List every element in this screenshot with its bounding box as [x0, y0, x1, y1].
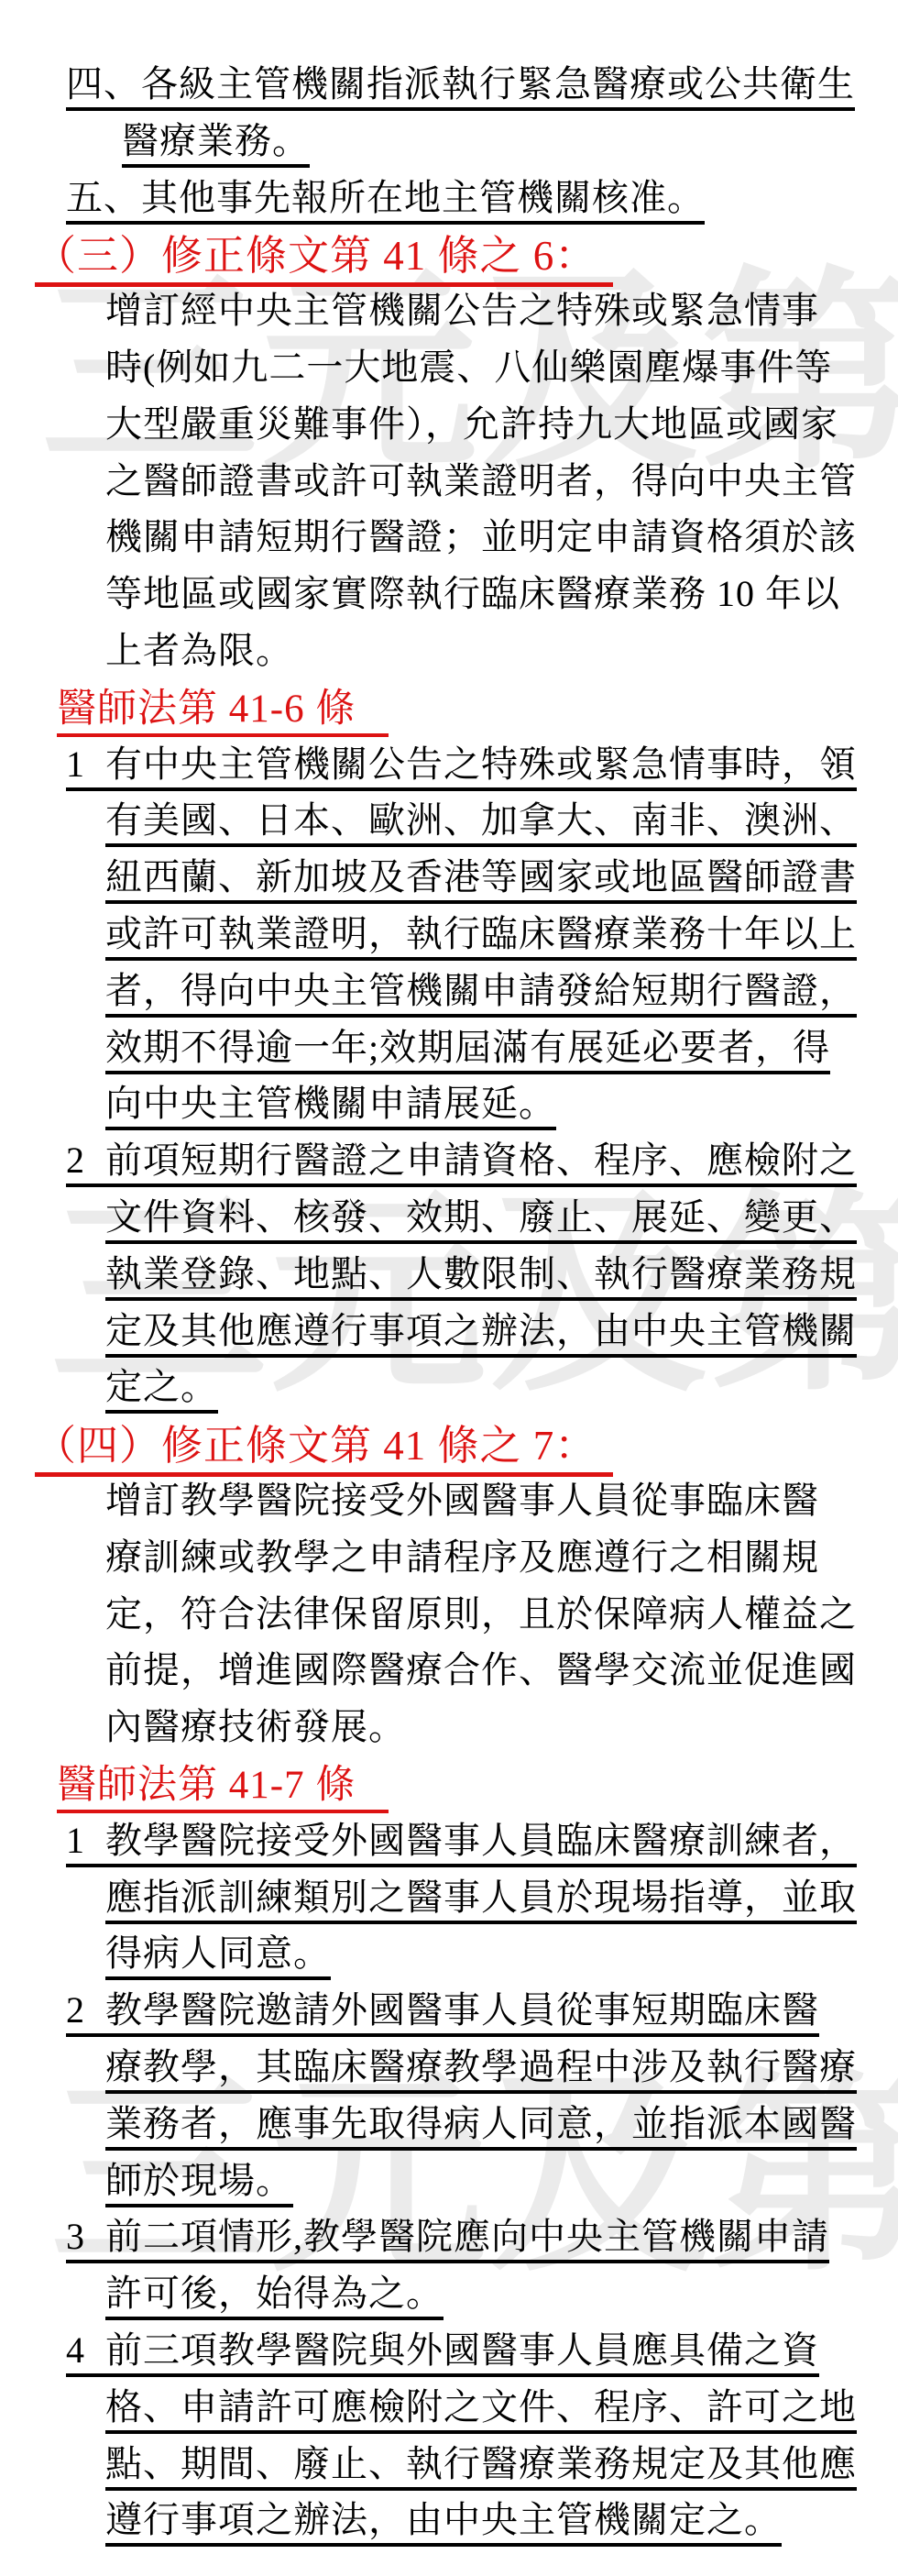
line-text: （三）修正條文第 41 條之 6： — [35, 233, 597, 279]
clause-continuation-line: 者，得向中央主管機關申請發給短期行醫證， — [105, 971, 857, 1018]
clause-number: 4 — [66, 2330, 105, 2371]
article-heading: 醫師法第 41-6 條 — [57, 688, 389, 737]
section-heading: （三）修正條文第 41 條之 6： — [35, 234, 613, 287]
line-text: 療教學，其臨床醫療教學過程中涉及執行醫療 — [105, 2046, 857, 2087]
clause-continuation-line: 許可後，始得為之。 — [105, 2273, 444, 2320]
clause-continuation-line: 有美國、日本、歐洲、加拿大、南非、澳洲、 — [105, 800, 857, 847]
line-text: 療訓練或教學之申請程序及應遵行之相關規 — [105, 1536, 819, 1578]
paragraph-line: 等地區或國家實際執行臨床醫療業務 10 年以 — [105, 574, 840, 614]
line-text: （四）修正條文第 41 條之 7： — [35, 1423, 597, 1469]
clause-line: 1教學醫院接受外國醫事人員臨床醫療訓練者， — [66, 1821, 857, 1867]
clause-continuation-line: 定及其他應遵行事項之辦法，由中央主管機關 — [105, 1311, 857, 1358]
line-text: 格、申請許可應檢附之文件、程序、許可之地 — [105, 2386, 857, 2427]
line-text: 大型嚴重災難事件），允許持九大地區或國家 — [105, 403, 838, 445]
clause-number: 1 — [66, 1821, 105, 1861]
line-text: 教學醫院接受外國醫事人員臨床醫療訓練者， — [105, 1820, 857, 1861]
clause-continuation-line: 效期不得逾一年;效期屆滿有展延必要者，得 — [105, 1028, 830, 1074]
line-text: 定，符合法律保留原則，且於保障病人權益之 — [105, 1593, 857, 1635]
article-heading: 醫師法第 41-7 條 — [57, 1764, 389, 1813]
clause-continuation-line: 業務者，應事先取得病人同意，並指派本國醫 — [105, 2104, 857, 2151]
line-text: 執業登錄、地點、人數限制、執行醫療業務規 — [105, 1253, 857, 1294]
clause-number: 2 — [66, 1140, 105, 1181]
paragraph-line: 療訓練或教學之申請程序及應遵行之相關規 — [105, 1537, 819, 1578]
list-item-continuation-line: 醫療業務。 — [122, 121, 310, 168]
paragraph-line: 機關申請短期行醫證；並明定申請資格須於該 — [105, 517, 857, 557]
paragraph-line: 時(例如九二一大地震、八仙樂園塵爆事件等 — [105, 347, 832, 388]
line-text: 等地區或國家實際執行臨床醫療業務 10 年以 — [105, 573, 840, 614]
line-text: 定及其他應遵行事項之辦法，由中央主管機關 — [105, 1310, 857, 1351]
line-text: 增訂經中央主管機關公告之特殊或緊急情事 — [105, 290, 819, 331]
clause-line: 4前三項教學醫院與外國醫事人員應具備之資 — [66, 2330, 819, 2377]
clause-continuation-line: 定之。 — [105, 1367, 218, 1414]
clause-continuation-line: 紐西蘭、新加坡及香港等國家或地區醫師證書 — [105, 857, 857, 904]
line-text: 教學醫院邀請外國醫事人員從事短期臨床醫 — [105, 1989, 819, 2031]
clause-line: 3前二項情形,教學醫院應向中央主管機關申請 — [66, 2217, 829, 2263]
clause-continuation-line: 文件資料、核發、效期、廢止、展延、變更、 — [105, 1197, 857, 1244]
line-text: 之醫師證書或許可執業證明者，得向中央主管 — [105, 460, 857, 501]
line-text: 點、期間、廢止、執行醫療業務規定及其他應 — [105, 2443, 857, 2484]
line-text: 機關申請短期行醫證；並明定申請資格須於該 — [105, 516, 857, 557]
line-text: 許可後，始得為之。 — [105, 2273, 444, 2314]
clause-continuation-line: 或許可執業證明，執行臨床醫療業務十年以上 — [105, 914, 857, 961]
clause-line: 2前項短期行醫證之申請資格、程序、應檢附之 — [66, 1140, 857, 1187]
clause-continuation-line: 執業登錄、地點、人數限制、執行醫療業務規 — [105, 1254, 857, 1301]
line-text: 四、各級主管機關指派執行緊急醫療或公共衛生 — [66, 63, 855, 105]
clause-continuation-line: 得病人同意。 — [105, 1933, 331, 1980]
line-text: 醫師法第 41-6 條 — [57, 688, 356, 731]
line-text: 前提，增進國際醫療合作、醫學交流並促進國 — [105, 1649, 857, 1690]
paragraph-line: 增訂教學醫院接受外國醫事人員從事臨床醫 — [105, 1481, 819, 1521]
line-text: 或許可執業證明，執行臨床醫療業務十年以上 — [105, 913, 857, 954]
line-text: 定之。 — [105, 1366, 218, 1407]
list-item-line: 四、各級主管機關指派執行緊急醫療或公共衛生 — [66, 64, 855, 111]
line-text: 增訂教學醫院接受外國醫事人員從事臨床醫 — [105, 1480, 819, 1521]
paragraph-line: 內醫療技術發展。 — [105, 1707, 406, 1747]
line-text: 文件資料、核發、效期、廢止、展延、變更、 — [105, 1196, 857, 1238]
clause-continuation-line: 向中央主管機關申請展延。 — [105, 1084, 556, 1130]
line-text: 師於現場。 — [105, 2160, 293, 2201]
paragraph-line: 大型嚴重災難事件），允許持九大地區或國家 — [105, 404, 838, 445]
line-text: 有美國、日本、歐洲、加拿大、南非、澳洲、 — [105, 799, 857, 841]
scanned-document-page: 三元及第三元及第三元及第 四、各級主管機關指派執行緊急醫療或公共衛生醫療業務。五… — [0, 0, 898, 2576]
clause-number: 3 — [66, 2217, 105, 2257]
clause-continuation-line: 點、期間、廢止、執行醫療業務規定及其他應 — [105, 2444, 857, 2491]
line-text: 前二項情形,教學醫院應向中央主管機關申請 — [105, 2216, 829, 2257]
section-heading: （四）修正條文第 41 條之 7： — [35, 1424, 613, 1477]
paragraph-line: 上者為限。 — [105, 631, 293, 671]
paragraph-line: 之醫師證書或許可執業證明者，得向中央主管 — [105, 461, 857, 501]
clause-number: 1 — [66, 744, 105, 785]
line-text: 醫師法第 41-7 條 — [57, 1764, 356, 1807]
clause-continuation-line: 應指派訓練類別之醫事人員於現場指導，並取 — [105, 1877, 857, 1924]
paragraph-line: 前提，增進國際醫療合作、醫學交流並促進國 — [105, 1650, 857, 1690]
line-text: 前項短期行醫證之申請資格、程序、應檢附之 — [105, 1139, 857, 1181]
document-lines: 四、各級主管機關指派執行緊急醫療或公共衛生醫療業務。五、其他事先報所在地主管機關… — [0, 0, 898, 2576]
clause-continuation-line: 師於現場。 — [105, 2161, 293, 2207]
clause-continuation-line: 療教學，其臨床醫療教學過程中涉及執行醫療 — [105, 2047, 857, 2094]
line-text: 醫療業務。 — [122, 120, 310, 161]
line-text: 上者為限。 — [105, 630, 293, 671]
line-text: 者，得向中央主管機關申請發給短期行醫證， — [105, 970, 857, 1011]
clause-line: 2教學醫院邀請外國醫事人員從事短期臨床醫 — [66, 1990, 819, 2037]
line-text: 遵行事項之辦法，由中央主管機關定之。 — [105, 2499, 782, 2540]
line-text: 有中央主管機關公告之特殊或緊急情事時，領 — [105, 743, 857, 785]
clause-continuation-line: 遵行事項之辦法，由中央主管機關定之。 — [105, 2500, 782, 2547]
line-text: 得病人同意。 — [105, 1932, 331, 1974]
line-text: 業務者，應事先取得病人同意，並指派本國醫 — [105, 2103, 857, 2144]
line-text: 五、其他事先報所在地主管機關核准。 — [66, 177, 705, 218]
list-item-line: 五、其他事先報所在地主管機關核准。 — [66, 178, 705, 225]
paragraph-line: 增訂經中央主管機關公告之特殊或緊急情事 — [105, 291, 819, 331]
line-text: 效期不得逾一年;效期屆滿有展延必要者，得 — [105, 1027, 830, 1068]
line-text: 應指派訓練類別之醫事人員於現場指導，並取 — [105, 1877, 857, 1918]
line-text: 向中央主管機關申請展延。 — [105, 1083, 556, 1124]
clause-line: 1有中央主管機關公告之特殊或緊急情事時，領 — [66, 744, 857, 791]
line-text: 時(例如九二一大地震、八仙樂園塵爆事件等 — [105, 347, 832, 388]
clause-continuation-line: 格、申請許可應檢附之文件、程序、許可之地 — [105, 2387, 857, 2434]
line-text: 前三項教學醫院與外國醫事人員應具備之資 — [105, 2329, 819, 2371]
paragraph-line: 定，符合法律保留原則，且於保障病人權益之 — [105, 1594, 857, 1635]
line-text: 紐西蘭、新加坡及香港等國家或地區醫師證書 — [105, 856, 857, 897]
clause-number: 2 — [66, 1990, 105, 2031]
line-text: 內醫療技術發展。 — [105, 1706, 406, 1747]
